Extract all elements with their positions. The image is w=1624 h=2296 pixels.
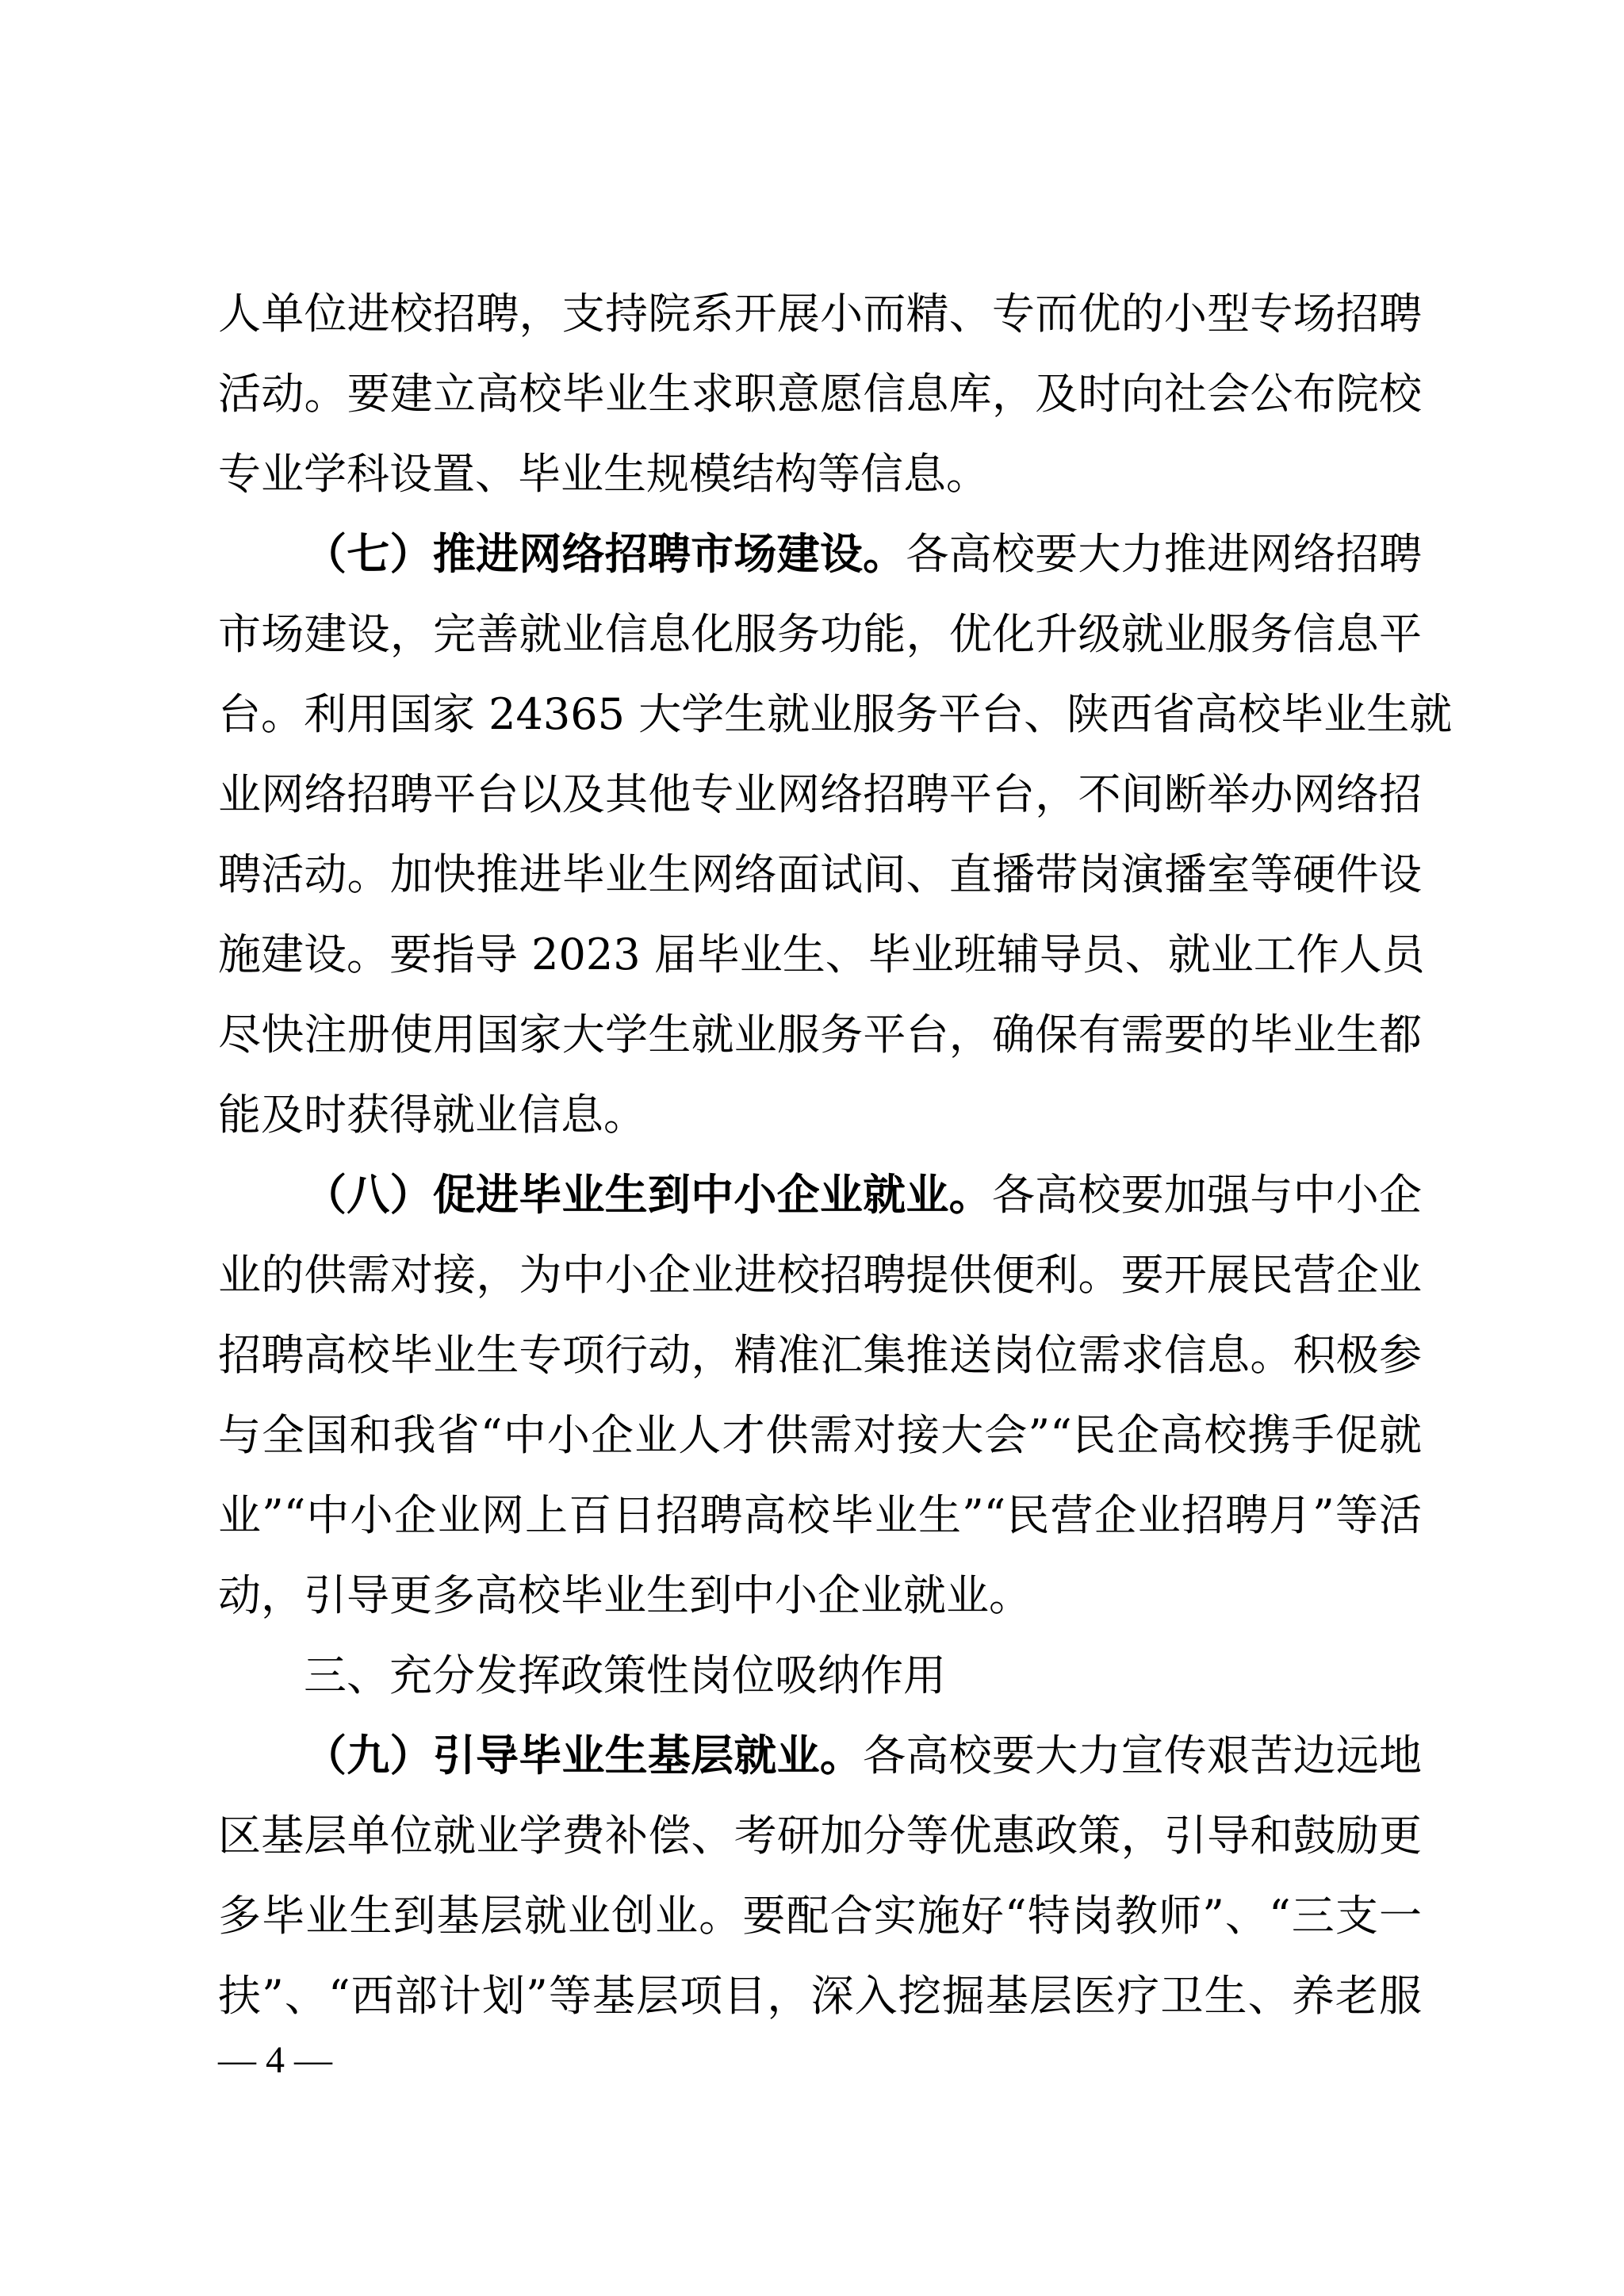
paragraph-line: 区基层单位就业学费补偿、考研加分等优惠政策，引导和鼓励更 (218, 1796, 1422, 1876)
paragraph-line: 扶”、“西部计划”等基层项目，深入挖掘基层医疗卫生、养老服 (218, 1956, 1422, 2036)
item-9-heading: （九）引导毕业生基层就业。 (304, 1730, 863, 1780)
section-3-heading: 三、充分发挥政策性岗位吸纳作用 (218, 1635, 1422, 1715)
paragraph-line: 多毕业生到基层就业创业。要配合实施好“特岗教师”、“三支一 (218, 1876, 1422, 1956)
item-9-first-line: （九）引导毕业生基层就业。各高校要大力宣传艰苦边远地 (218, 1715, 1422, 1796)
paragraph-line: 人单位进校招聘，支持院系开展小而精、专而优的小型专场招聘 (218, 274, 1422, 354)
page-number: — 4 — (218, 2038, 332, 2083)
paragraph-line: 台。利用国家 24365 大学生就业服务平台、陕西省高校毕业生就 (218, 674, 1422, 754)
document-body: 人单位进校招聘，支持院系开展小而精、专而优的小型专场招聘 活动。要建立高校毕业生… (218, 274, 1422, 2036)
paragraph-line: 业”“中小企业网上百日招聘高校毕业生”“民营企业招聘月”等活 (218, 1475, 1422, 1555)
paragraph-line: 尽快注册使用国家大学生就业服务平台，确保有需要的毕业生都 (218, 995, 1422, 1075)
item-7-first-line: （七）推进网络招聘市场建设。各高校要大力推进网络招聘 (218, 514, 1422, 594)
paragraph-line: 招聘高校毕业生专项行动，精准汇集推送岗位需求信息。积极参 (218, 1315, 1422, 1395)
item-8-heading: （八）促进毕业生到中小企业就业。 (304, 1169, 992, 1220)
paragraph-line: 与全国和我省“中小企业人才供需对接大会”“民企高校携手促就 (218, 1395, 1422, 1475)
paragraph-line: 活动。要建立高校毕业生求职意愿信息库，及时向社会公布院校 (218, 354, 1422, 434)
item-9-text: 各高校要大力宣传艰苦边远地 (863, 1731, 1422, 1780)
paragraph-line: 聘活动。加快推进毕业生网络面试间、直播带岗演播室等硬件设 (218, 834, 1422, 914)
paragraph-line: 能及时获得就业信息。 (218, 1075, 1422, 1155)
paragraph-line: 业网络招聘平台以及其他专业网络招聘平台，不间断举办网络招 (218, 754, 1422, 834)
paragraph-line: 市场建设，完善就业信息化服务功能，优化升级就业服务信息平 (218, 594, 1422, 674)
paragraph-line: 施建设。要指导 2023 届毕业生、毕业班辅导员、就业工作人员 (218, 914, 1422, 995)
item-8-first-line: （八）促进毕业生到中小企业就业。各高校要加强与中小企 (218, 1155, 1422, 1235)
paragraph-line: 动，引导更多高校毕业生到中小企业就业。 (218, 1555, 1422, 1635)
item-8-text: 各高校要加强与中小企 (992, 1170, 1422, 1220)
item-7-text: 各高校要大力推进网络招聘 (906, 529, 1422, 579)
paragraph-line: 业的供需对接，为中小企业进校招聘提供便利。要开展民营企业 (218, 1235, 1422, 1315)
item-7-heading: （七）推进网络招聘市场建设。 (304, 528, 906, 579)
document-page: 人单位进校招聘，支持院系开展小而精、专而优的小型专场招聘 活动。要建立高校毕业生… (0, 0, 1624, 2296)
paragraph-line: 专业学科设置、毕业生规模结构等信息。 (218, 434, 1422, 514)
